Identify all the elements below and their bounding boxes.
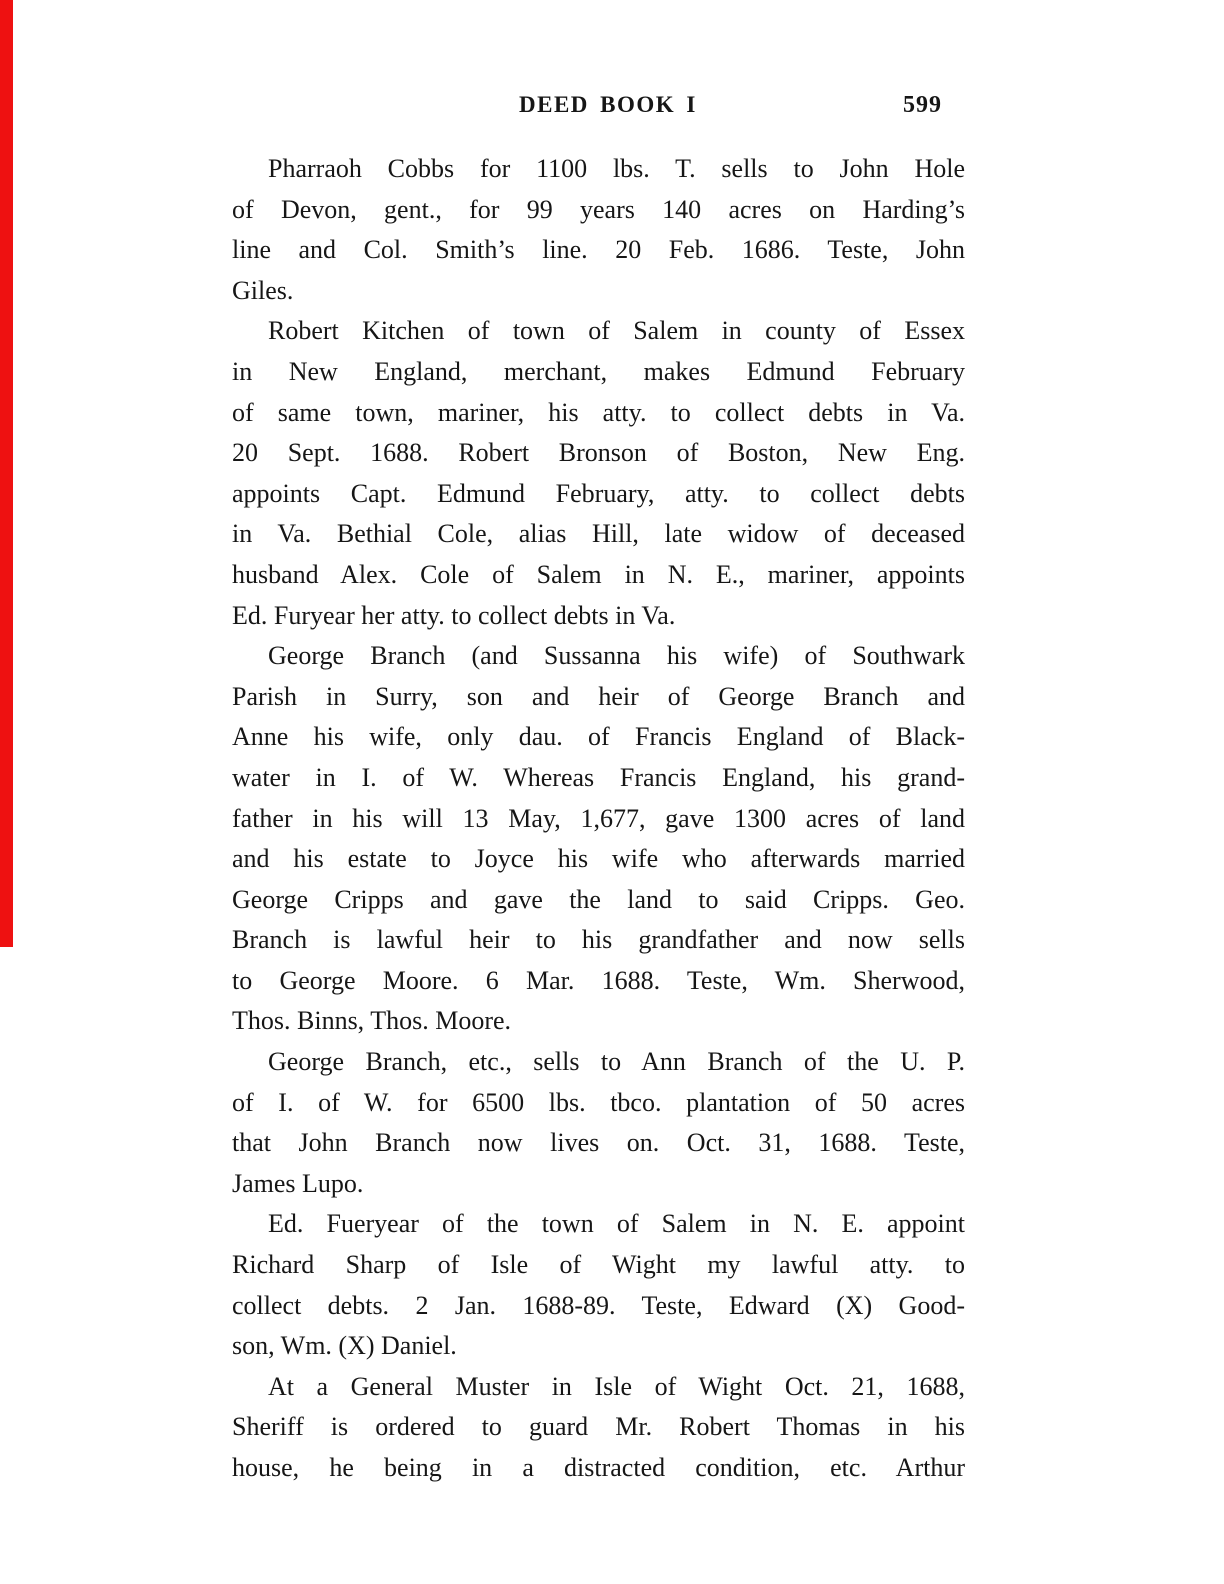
text-line: 20 Sept. 1688. Robert Bronson of Boston,…	[232, 433, 965, 474]
running-head-title: DEED BOOK I	[519, 92, 697, 118]
paragraph: Robert Kitchen of town of Salem in count…	[232, 311, 965, 636]
text-line: Thos. Binns, Thos. Moore.	[232, 1001, 965, 1042]
text-line: Richard Sharp of Isle of Wight my lawful…	[232, 1245, 965, 1286]
paragraph: George Branch (and Sussanna his wife) of…	[232, 636, 965, 1042]
text-line: house, he being in a distracted conditio…	[232, 1448, 965, 1489]
text-line: husband Alex. Cole of Salem in N. E., ma…	[232, 555, 965, 596]
running-header: DEED BOOK I 599	[0, 92, 1224, 126]
text-line: and his estate to Joyce his wife who aft…	[232, 839, 965, 880]
text-line: son, Wm. (X) Daniel.	[232, 1326, 965, 1367]
text-line: Sheriff is ordered to guard Mr. Robert T…	[232, 1407, 965, 1448]
text-line: James Lupo.	[232, 1164, 965, 1205]
paragraph: Pharraoh Cobbs for 1100 lbs. T. sells to…	[232, 149, 965, 311]
text-line: father in his will 13 May, 1,677, gave 1…	[232, 799, 965, 840]
text-line: George Branch (and Sussanna his wife) of…	[232, 636, 965, 677]
text-line: At a General Muster in Isle of Wight Oct…	[232, 1367, 965, 1408]
left-margin-marker	[0, 0, 13, 947]
text-line: Ed. Furyear her atty. to collect debts i…	[232, 596, 965, 637]
text-line: Giles.	[232, 271, 965, 312]
text-line: Parish in Surry, son and heir of George …	[232, 677, 965, 718]
page-number: 599	[903, 92, 942, 119]
paragraph: At a General Muster in Isle of Wight Oct…	[232, 1367, 965, 1489]
text-line: Pharraoh Cobbs for 1100 lbs. T. sells to…	[232, 149, 965, 190]
text-line: Ed. Fueryear of the town of Salem in N. …	[232, 1204, 965, 1245]
text-line: water in I. of W. Whereas Francis Englan…	[232, 758, 965, 799]
text-line: Anne his wife, only dau. of Francis Engl…	[232, 717, 965, 758]
text-line: in New England, merchant, makes Edmund F…	[232, 352, 965, 393]
text-line: in Va. Bethial Cole, alias Hill, late wi…	[232, 514, 965, 555]
paragraph: Ed. Fueryear of the town of Salem in N. …	[232, 1204, 965, 1366]
text-line: appoints Capt. Edmund February, atty. to…	[232, 474, 965, 515]
text-line: of same town, mariner, his atty. to coll…	[232, 393, 965, 434]
text-line: of Devon, gent., for 99 years 140 acres …	[232, 190, 965, 231]
text-line: line and Col. Smith’s line. 20 Feb. 1686…	[232, 230, 965, 271]
text-line: that John Branch now lives on. Oct. 31, …	[232, 1123, 965, 1164]
text-line: of I. of W. for 6500 lbs. tbco. plantati…	[232, 1083, 965, 1124]
page-text: Pharraoh Cobbs for 1100 lbs. T. sells to…	[232, 149, 965, 1489]
text-line: collect debts. 2 Jan. 1688-89. Teste, Ed…	[232, 1286, 965, 1327]
text-line: George Cripps and gave the land to said …	[232, 880, 965, 921]
text-line: to George Moore. 6 Mar. 1688. Teste, Wm.…	[232, 961, 965, 1002]
text-line: Robert Kitchen of town of Salem in count…	[232, 311, 965, 352]
text-line: Branch is lawful heir to his grandfather…	[232, 920, 965, 961]
text-line: George Branch, etc., sells to Ann Branch…	[232, 1042, 965, 1083]
paragraph: George Branch, etc., sells to Ann Branch…	[232, 1042, 965, 1204]
book-page: DEED BOOK I 599 Pharraoh Cobbs for 1100 …	[0, 0, 1224, 1584]
